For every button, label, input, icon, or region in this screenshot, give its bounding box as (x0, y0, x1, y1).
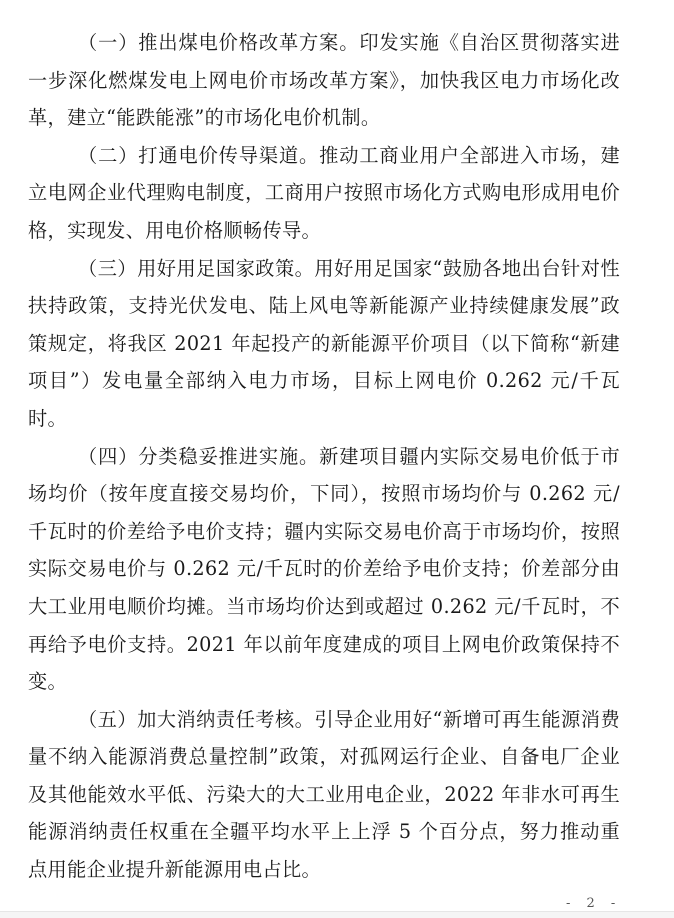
paragraph-body: 新建项目疆内实际交易电价低于市场均价（按年度直接交易均价，下同），按照市场均价与… (28, 445, 620, 694)
document-page: （一）推出煤电价格改革方案。印发实施《自治区贯彻落实进一步深化燃煤发电上网电价市… (0, 0, 674, 911)
document-body: （一）推出煤电价格改革方案。印发实施《自治区贯彻落实进一步深化燃煤发电上网电价市… (28, 24, 620, 889)
paragraph-5: （五）加大消纳责任考核。引导企业用好“新增可再生能源消费量不纳入能源消费总量控制… (28, 701, 620, 889)
paragraph-body: 引导企业用好“新增可再生能源消费量不纳入能源消费总量控制”政策，对孤网运行企业、… (28, 708, 620, 881)
paragraph-heading: （一）推出煤电价格改革方案。 (78, 31, 359, 54)
paragraph-2: （二）打通电价传导渠道。推动工商业用户全部进入市场，建立电网企业代理购电制度，工… (28, 137, 620, 250)
paragraph-heading: （五）加大消纳责任考核。 (78, 708, 314, 731)
paragraph-heading: （二）打通电价传导渠道。 (78, 144, 319, 167)
paragraph-heading: （四）分类稳妥推进实施。 (78, 445, 319, 468)
paragraph-4: （四）分类稳妥推进实施。新建项目疆内实际交易电价低于市场均价（按年度直接交易均价… (28, 438, 620, 701)
page-number: - 2 - (566, 896, 621, 911)
paragraph-3: （三）用好用足国家政策。用好用足国家“鼓励各地出台针对性扶持政策，支持光伏发电、… (28, 250, 620, 438)
paragraph-body: 用好用足国家“鼓励各地出台针对性扶持政策，支持光伏发电、陆上风电等新能源产业持续… (28, 257, 620, 430)
paragraph-heading: （三）用好用足国家政策。 (78, 257, 314, 280)
page-bottom-edge (0, 911, 674, 918)
paragraph-1: （一）推出煤电价格改革方案。印发实施《自治区贯彻落实进一步深化燃煤发电上网电价市… (28, 24, 620, 137)
